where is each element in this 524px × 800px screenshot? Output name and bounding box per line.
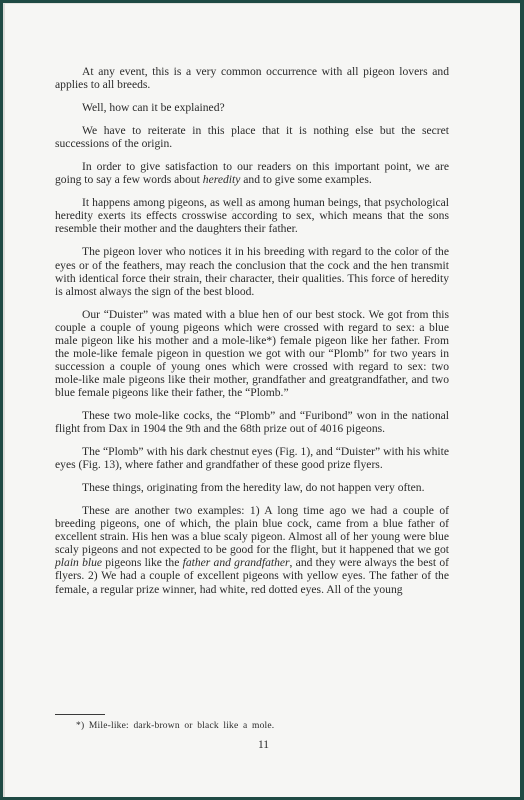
footnote: *) Mile-like: dark-brown or black like a…: [76, 721, 274, 731]
page-number: 11: [5, 739, 522, 751]
text-run: pigeons like the: [102, 556, 183, 569]
paragraph: In order to give satisfaction to our rea…: [55, 160, 449, 186]
paragraph: It happens among pigeons, as well as amo…: [55, 196, 449, 235]
paragraph: Well, how can it be explained?: [55, 101, 449, 114]
text-run: and to give some examples.: [240, 173, 371, 186]
document-page: 考一 At any event, this is a very common o…: [3, 3, 520, 797]
emphasis-plain-blue: plain blue: [55, 556, 102, 569]
paragraph: These are another two examples: 1) A lon…: [55, 504, 449, 595]
paragraph: The “Plomb” with his dark chestnut eyes …: [55, 445, 449, 471]
emphasis-father-grandfather: father and grandfather: [183, 556, 290, 569]
paragraph: These things, originating from the hered…: [55, 481, 449, 494]
paragraph: Our “Duister” was mated with a blue hen …: [55, 308, 449, 399]
paragraph: At any event, this is a very common occu…: [55, 65, 449, 91]
footnote-divider: [55, 714, 105, 715]
emphasis-heredity: heredity: [203, 173, 241, 186]
text-run: These are another two examples: 1) A lon…: [55, 504, 449, 556]
paragraph: These two mole-like cocks, the “Plomb” a…: [55, 409, 449, 435]
paragraph: We have to reiterate in this place that …: [55, 124, 449, 150]
paragraph: The pigeon lover who notices it in his b…: [55, 245, 449, 297]
body-text: At any event, this is a very common occu…: [55, 65, 449, 606]
